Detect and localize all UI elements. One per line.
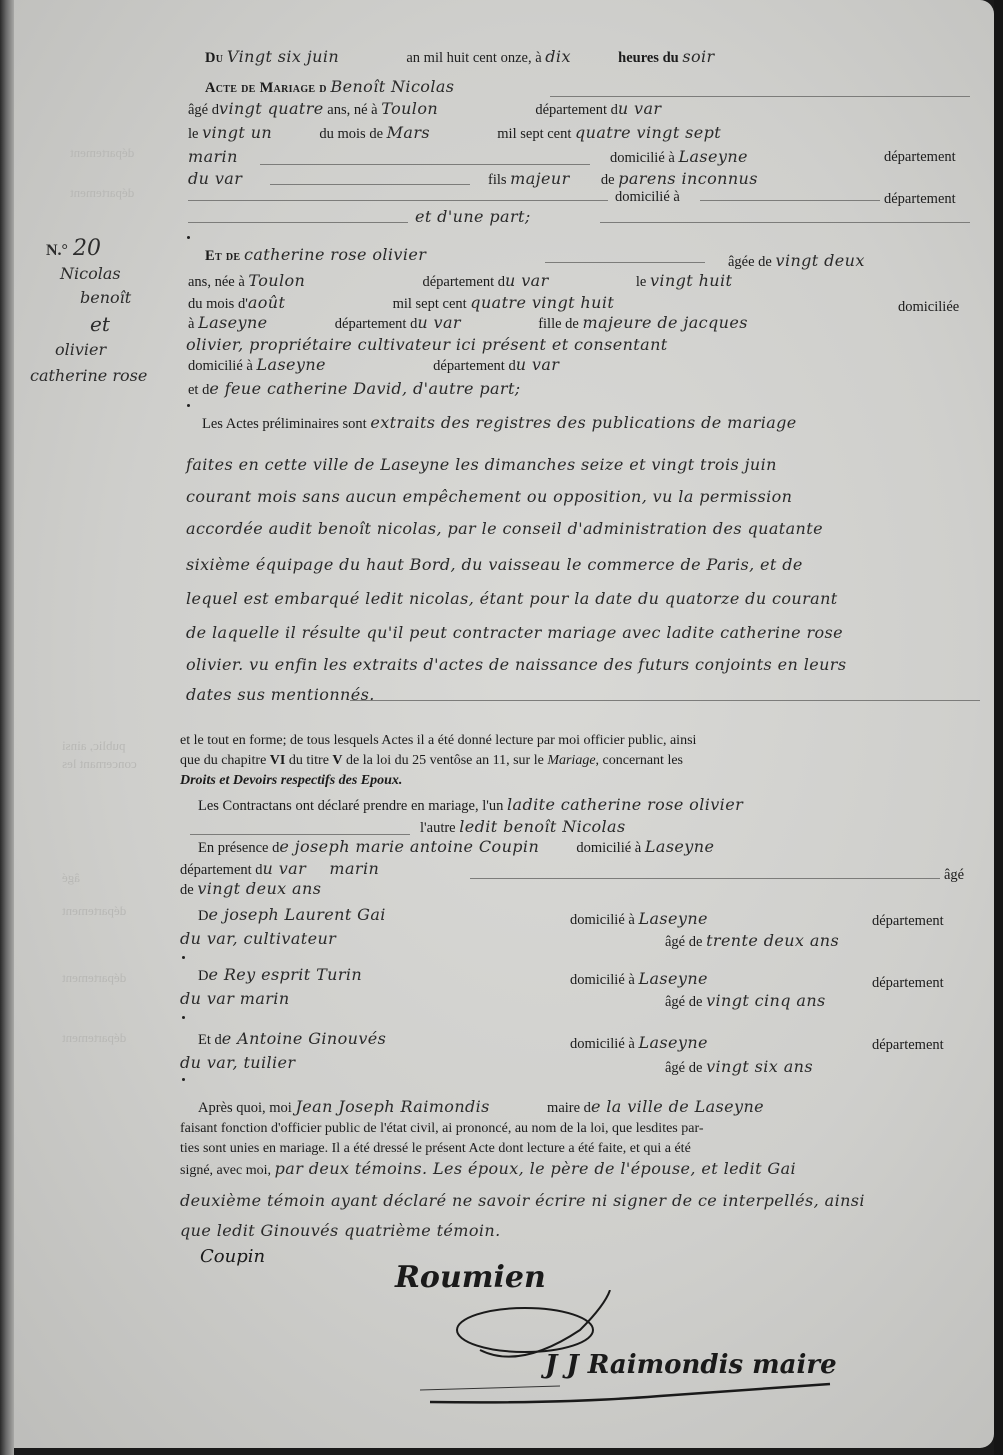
spouse-other: ledit benoît Nicolas bbox=[459, 817, 625, 836]
hour-value: dix bbox=[545, 47, 571, 66]
daughter-value: majeure de jacques bbox=[583, 313, 748, 332]
father-dept: u var bbox=[516, 355, 560, 374]
witness-age: trente deux ans bbox=[706, 931, 839, 950]
groom-age-line: âgé dvingt quatre ans, né à Toulon dépar… bbox=[188, 100, 661, 119]
handwritten-line: faites en cette ville de Laseyne les dim… bbox=[186, 456, 777, 474]
witness-name: e Rey esprit Turin bbox=[208, 965, 362, 984]
closing-line-1: Après quoi, moi Jean Joseph Raimondis ma… bbox=[198, 1098, 764, 1117]
witness-name: e joseph marie antoine Coupin bbox=[279, 837, 539, 856]
legal-text: de la loi du 25 ventôse an 11, sur le bbox=[346, 753, 544, 768]
bride-birthplace: Toulon bbox=[248, 271, 305, 290]
fill-line bbox=[545, 262, 705, 263]
dept-label: département d bbox=[335, 316, 418, 332]
year-label: mil sept cent bbox=[393, 296, 467, 312]
chapter-number: VI bbox=[270, 753, 286, 768]
bleed-through-text: public, ainsi bbox=[62, 738, 126, 754]
handwritten-line: sixième équipage du haut Bord, du vaisse… bbox=[186, 556, 803, 574]
witness-3-dept: du var marin bbox=[180, 990, 290, 1008]
groom-birth-day: vingt un bbox=[202, 123, 272, 142]
closing-handwritten: par deux témoins. Les époux, le père de … bbox=[275, 1159, 796, 1178]
domicile-label: domicilié à bbox=[570, 1036, 635, 1052]
preliminary-label: Les Actes préliminaires sont bbox=[202, 416, 367, 432]
daughter-label: fille de bbox=[538, 316, 579, 332]
signature-coupin: Coupin bbox=[200, 1246, 265, 1267]
bullet bbox=[182, 1078, 185, 1081]
dept3-label: département bbox=[884, 190, 956, 208]
witness-intro: En présence d bbox=[198, 840, 279, 856]
witness-domicile: Laseyne bbox=[638, 1033, 707, 1052]
month-label: du mois de bbox=[319, 126, 383, 142]
witness-domicile: Laseyne bbox=[638, 969, 707, 988]
son-label: fils bbox=[488, 172, 507, 188]
bleed-through-text: département bbox=[70, 145, 134, 161]
son-status: majeur bbox=[510, 169, 570, 188]
number-value: 20 bbox=[73, 236, 101, 261]
header-date-line: Du Vingt six juin an mil huit cent onze,… bbox=[205, 48, 715, 67]
born-label: ans, né à bbox=[327, 102, 377, 118]
groom-name: Benoît Nicolas bbox=[330, 77, 454, 96]
bride-domicile: Laseyne bbox=[198, 313, 267, 332]
bride-birth-day: vingt huit bbox=[650, 271, 732, 290]
number-label: N.° bbox=[46, 242, 68, 259]
witness-age: vingt six ans bbox=[706, 1057, 813, 1076]
bride-dept2: u var bbox=[417, 313, 461, 332]
witness-intro: Et d bbox=[198, 1032, 222, 1048]
mother-label: et d bbox=[188, 382, 209, 398]
witness-domicile: Laseyne bbox=[638, 909, 707, 928]
groom-closing: et d'une part; bbox=[415, 208, 531, 227]
spouse-one: ladite catherine rose olivier bbox=[507, 795, 743, 814]
domicile-prefix: à bbox=[188, 316, 194, 332]
hour-label: heures du bbox=[618, 50, 679, 66]
witness-domicile: Laseyne bbox=[645, 837, 714, 856]
dept-label: département d bbox=[433, 358, 516, 374]
bleed-through-text: département bbox=[70, 185, 134, 201]
domicile-label: domicilié à bbox=[188, 358, 253, 374]
domicile-label: domicilié à bbox=[570, 912, 635, 928]
born-label: ans, née à bbox=[188, 274, 245, 290]
bleed-through-text: département bbox=[62, 970, 126, 986]
fill-line bbox=[188, 200, 608, 201]
preliminary-line-1: Les Actes préliminaires sont extraits de… bbox=[202, 414, 797, 433]
age-label: âgée de bbox=[728, 254, 772, 270]
groom-birth-month: Mars bbox=[387, 123, 430, 142]
bride-name: catherine rose olivier bbox=[244, 245, 426, 264]
age-label: âgé de bbox=[665, 1060, 702, 1076]
age-label: âgé d bbox=[188, 102, 219, 118]
age-label: âgé de bbox=[665, 934, 702, 950]
witness-4-line: Et de Antoine Ginouvés bbox=[198, 1030, 386, 1049]
margin-line: benoît bbox=[80, 288, 131, 307]
witness-2-domicile: domicilié à Laseyne bbox=[570, 910, 708, 929]
year-label: mil sept cent bbox=[497, 126, 571, 142]
legal-line-3: Droits et Devoirs respectifs des Epoux. bbox=[180, 772, 402, 790]
dept2-label: département bbox=[884, 148, 956, 166]
handwritten-line: de laquelle il résulte qu'il peut contra… bbox=[186, 624, 843, 642]
act-number: N.° 20 bbox=[46, 236, 101, 261]
witness-age: vingt deux ans bbox=[197, 879, 321, 898]
bride-age: âgée de vingt deux bbox=[728, 252, 865, 271]
fill-line bbox=[600, 222, 970, 223]
witness-intro: D bbox=[198, 968, 208, 984]
fill-line bbox=[260, 164, 590, 165]
declaration-other-line: l'autre ledit benoît Nicolas bbox=[420, 818, 626, 837]
officer-name: Jean Joseph Raimondis bbox=[295, 1097, 489, 1116]
fill-line bbox=[350, 700, 980, 701]
handwritten-line: extraits des registres des publications … bbox=[370, 413, 796, 432]
maire-value: e la ville de Laseyne bbox=[591, 1097, 764, 1116]
fill-line bbox=[190, 834, 410, 835]
mother-value: e feue catherine David, d'autre part; bbox=[209, 379, 520, 398]
legal-italic: Mariage bbox=[547, 753, 595, 768]
fill-line bbox=[470, 878, 940, 879]
domicile2-label: domicilié à bbox=[615, 188, 680, 206]
year-text: an mil huit cent onze, à bbox=[406, 50, 541, 66]
bullet bbox=[182, 956, 185, 959]
day-prefix: le bbox=[636, 274, 646, 290]
father-domicile: Laseyne bbox=[256, 355, 325, 374]
groom-profession: marin bbox=[188, 147, 238, 166]
closing-intro: Après quoi, moi bbox=[198, 1100, 292, 1116]
bleed-through-text: département bbox=[62, 1030, 126, 1046]
signature-mayor: J J Raimondis maire bbox=[545, 1350, 837, 1380]
margin-line: olivier bbox=[55, 340, 106, 359]
witness-1-line: En présence de joseph marie antoine Coup… bbox=[198, 838, 714, 857]
fill-line bbox=[700, 200, 880, 201]
witness-age: vingt cinq ans bbox=[706, 991, 826, 1010]
dept-label: département d bbox=[535, 102, 618, 118]
closing-text: signé, avec moi, bbox=[180, 1163, 271, 1178]
closing-text: et d'une part; bbox=[415, 207, 531, 226]
mother-line: et de feue catherine David, d'autre part… bbox=[188, 380, 521, 399]
witness-3-domicile: domicilié à Laseyne bbox=[570, 970, 708, 989]
handwritten-line: dates sus mentionnés. bbox=[186, 686, 375, 704]
domicile-label: domicilié à bbox=[570, 972, 635, 988]
legal-text: du titre bbox=[289, 753, 329, 768]
witness-intro: D bbox=[198, 908, 208, 924]
witness-3-age: âgé de vingt cinq ans bbox=[665, 992, 826, 1011]
groom-parents-line: fils majeur de parens inconnus bbox=[488, 170, 758, 189]
witness-3-line: De Rey esprit Turin bbox=[198, 966, 362, 985]
handwritten-line: olivier. vu enfin les extraits d'actes d… bbox=[186, 656, 846, 674]
month-label: du mois d' bbox=[188, 296, 248, 312]
legal-line-1: et le tout en forme; de tous lesquels Ac… bbox=[180, 732, 696, 750]
handwritten-line: courant mois sans aucun empêchement ou o… bbox=[186, 488, 792, 506]
margin-line: catherine rose bbox=[30, 366, 147, 385]
domicile-label: domiciliée bbox=[898, 298, 959, 316]
bleed-through-text: âgé bbox=[62, 870, 80, 886]
domicile-label: domicilié à bbox=[576, 840, 641, 856]
dept-label: département d bbox=[180, 862, 263, 878]
bullet bbox=[187, 404, 190, 407]
bullet bbox=[182, 1016, 185, 1019]
dept-label: département bbox=[872, 974, 944, 992]
fill-line bbox=[550, 96, 970, 97]
bride-domicile-line: à Laseyne département du var fille de ma… bbox=[188, 314, 748, 333]
handwritten-line: accordée audit benoît nicolas, par le co… bbox=[186, 520, 823, 538]
legal-line-2: que du chapitre VI du titre V de la loi … bbox=[180, 752, 683, 770]
bleed-through-text: concernant les bbox=[62, 756, 137, 772]
groom-domicile-value: Laseyne bbox=[678, 147, 747, 166]
father-value: olivier, propriétaire cultivateur ici pr… bbox=[186, 335, 668, 354]
witness-1-dept: département du var marin bbox=[180, 860, 379, 879]
father-line: olivier, propriétaire cultivateur ici pr… bbox=[186, 336, 668, 355]
closing-line-3: ties sont unies en mariage. Il a été dre… bbox=[180, 1140, 691, 1158]
witness-profession: marin bbox=[329, 859, 379, 878]
parents-value: parens inconnus bbox=[618, 169, 758, 188]
witness-2-age: âgé de trente deux ans bbox=[665, 932, 839, 951]
domicile-label: domicilié à bbox=[610, 150, 675, 166]
book-spine bbox=[0, 0, 14, 1455]
closing-line-5: deuxième témoin ayant déclaré ne savoir … bbox=[180, 1192, 865, 1210]
margin-line: et bbox=[90, 312, 110, 336]
mayor-underline bbox=[410, 1380, 850, 1420]
legal-text: que du chapitre bbox=[180, 753, 266, 768]
acte-line: Acte de Mariage d Benoît Nicolas bbox=[205, 78, 454, 97]
bride-dept: u var bbox=[505, 271, 549, 290]
age-label: âgé de bbox=[665, 994, 702, 1010]
bride-birthdate-line: du mois d'août mil sept cent quatre ving… bbox=[188, 294, 614, 313]
parents-label: de bbox=[601, 172, 615, 188]
bride-birth-year: quatre vingt huit bbox=[470, 293, 614, 312]
witness-4-dept: du var, tuilier bbox=[180, 1054, 295, 1072]
bullet bbox=[187, 236, 190, 239]
witness-2-line: De joseph Laurent Gai bbox=[198, 906, 386, 925]
groom-age: vingt quatre bbox=[219, 99, 324, 118]
bleed-through-text: département bbox=[62, 903, 126, 919]
groom-birthdate-line: le vingt un du mois de Mars mil sept cen… bbox=[188, 124, 721, 143]
day-prefix: le bbox=[188, 126, 198, 142]
witness-1-age: de vingt deux ans bbox=[180, 880, 321, 899]
groom-dept: u var bbox=[618, 99, 662, 118]
bride-intro: Et de bbox=[205, 248, 240, 264]
margin-line: Nicolas bbox=[60, 264, 121, 283]
dept-label: département bbox=[872, 1036, 944, 1054]
handwritten-line: lequel est embarqué ledit nicolas, étant… bbox=[186, 590, 838, 608]
acte-label: Acte de Mariage d bbox=[205, 80, 327, 96]
witness-dept: u var bbox=[263, 859, 307, 878]
day-value: Vingt six juin bbox=[227, 47, 339, 66]
groom-domicile: domicilié à Laseyne bbox=[610, 148, 748, 167]
declaration-line: Les Contractans ont déclaré prendre en m… bbox=[198, 796, 743, 815]
legal-text: , concernant les bbox=[596, 753, 683, 768]
witness-4-domicile: domicilié à Laseyne bbox=[570, 1034, 708, 1053]
fill-line bbox=[188, 222, 408, 223]
page-edge bbox=[994, 0, 1003, 1455]
groom-dept2-value: du var bbox=[188, 170, 242, 189]
declaration-label: Les Contractans ont déclaré prendre en m… bbox=[198, 798, 503, 814]
age-prefix: de bbox=[180, 882, 194, 898]
groom-profession-line: marin bbox=[188, 148, 238, 167]
dept2-value: du var bbox=[188, 169, 242, 188]
closing-line-2: faisant fonction d'officier public de l'… bbox=[180, 1120, 704, 1138]
closing-line-6: que ledit Ginouvés quatrième témoin. bbox=[180, 1222, 501, 1240]
dept-label: département d bbox=[422, 274, 505, 290]
closing-line-4: signé, avec moi, par deux témoins. Les é… bbox=[180, 1160, 796, 1180]
fill-line bbox=[270, 184, 470, 185]
groom-birthplace: Toulon bbox=[381, 99, 438, 118]
father-domicile-line: domicilié à Laseyne département du var bbox=[188, 356, 559, 375]
witness-name: e joseph Laurent Gai bbox=[208, 905, 385, 924]
bride-age-value: vingt deux bbox=[776, 251, 865, 270]
title-number: V bbox=[332, 753, 342, 768]
bride-birth-month: août bbox=[248, 293, 286, 312]
period-value: soir bbox=[682, 47, 714, 66]
witness-4-age: âgé de vingt six ans bbox=[665, 1058, 813, 1077]
witness-name: e Antoine Ginouvés bbox=[222, 1029, 387, 1048]
age-label: âgé bbox=[944, 866, 964, 884]
maire-label: maire d bbox=[547, 1100, 591, 1116]
other-label: l'autre bbox=[420, 820, 456, 836]
dept-label: département bbox=[872, 912, 944, 930]
bride-name-line: Et de catherine rose olivier bbox=[205, 246, 426, 265]
witness-2-dept: du var, cultivateur bbox=[180, 930, 336, 948]
groom-birth-year: quatre vingt sept bbox=[575, 123, 721, 142]
bride-birth-line: ans, née à Toulon département du var le … bbox=[188, 272, 732, 291]
day-label: Du bbox=[205, 50, 223, 66]
